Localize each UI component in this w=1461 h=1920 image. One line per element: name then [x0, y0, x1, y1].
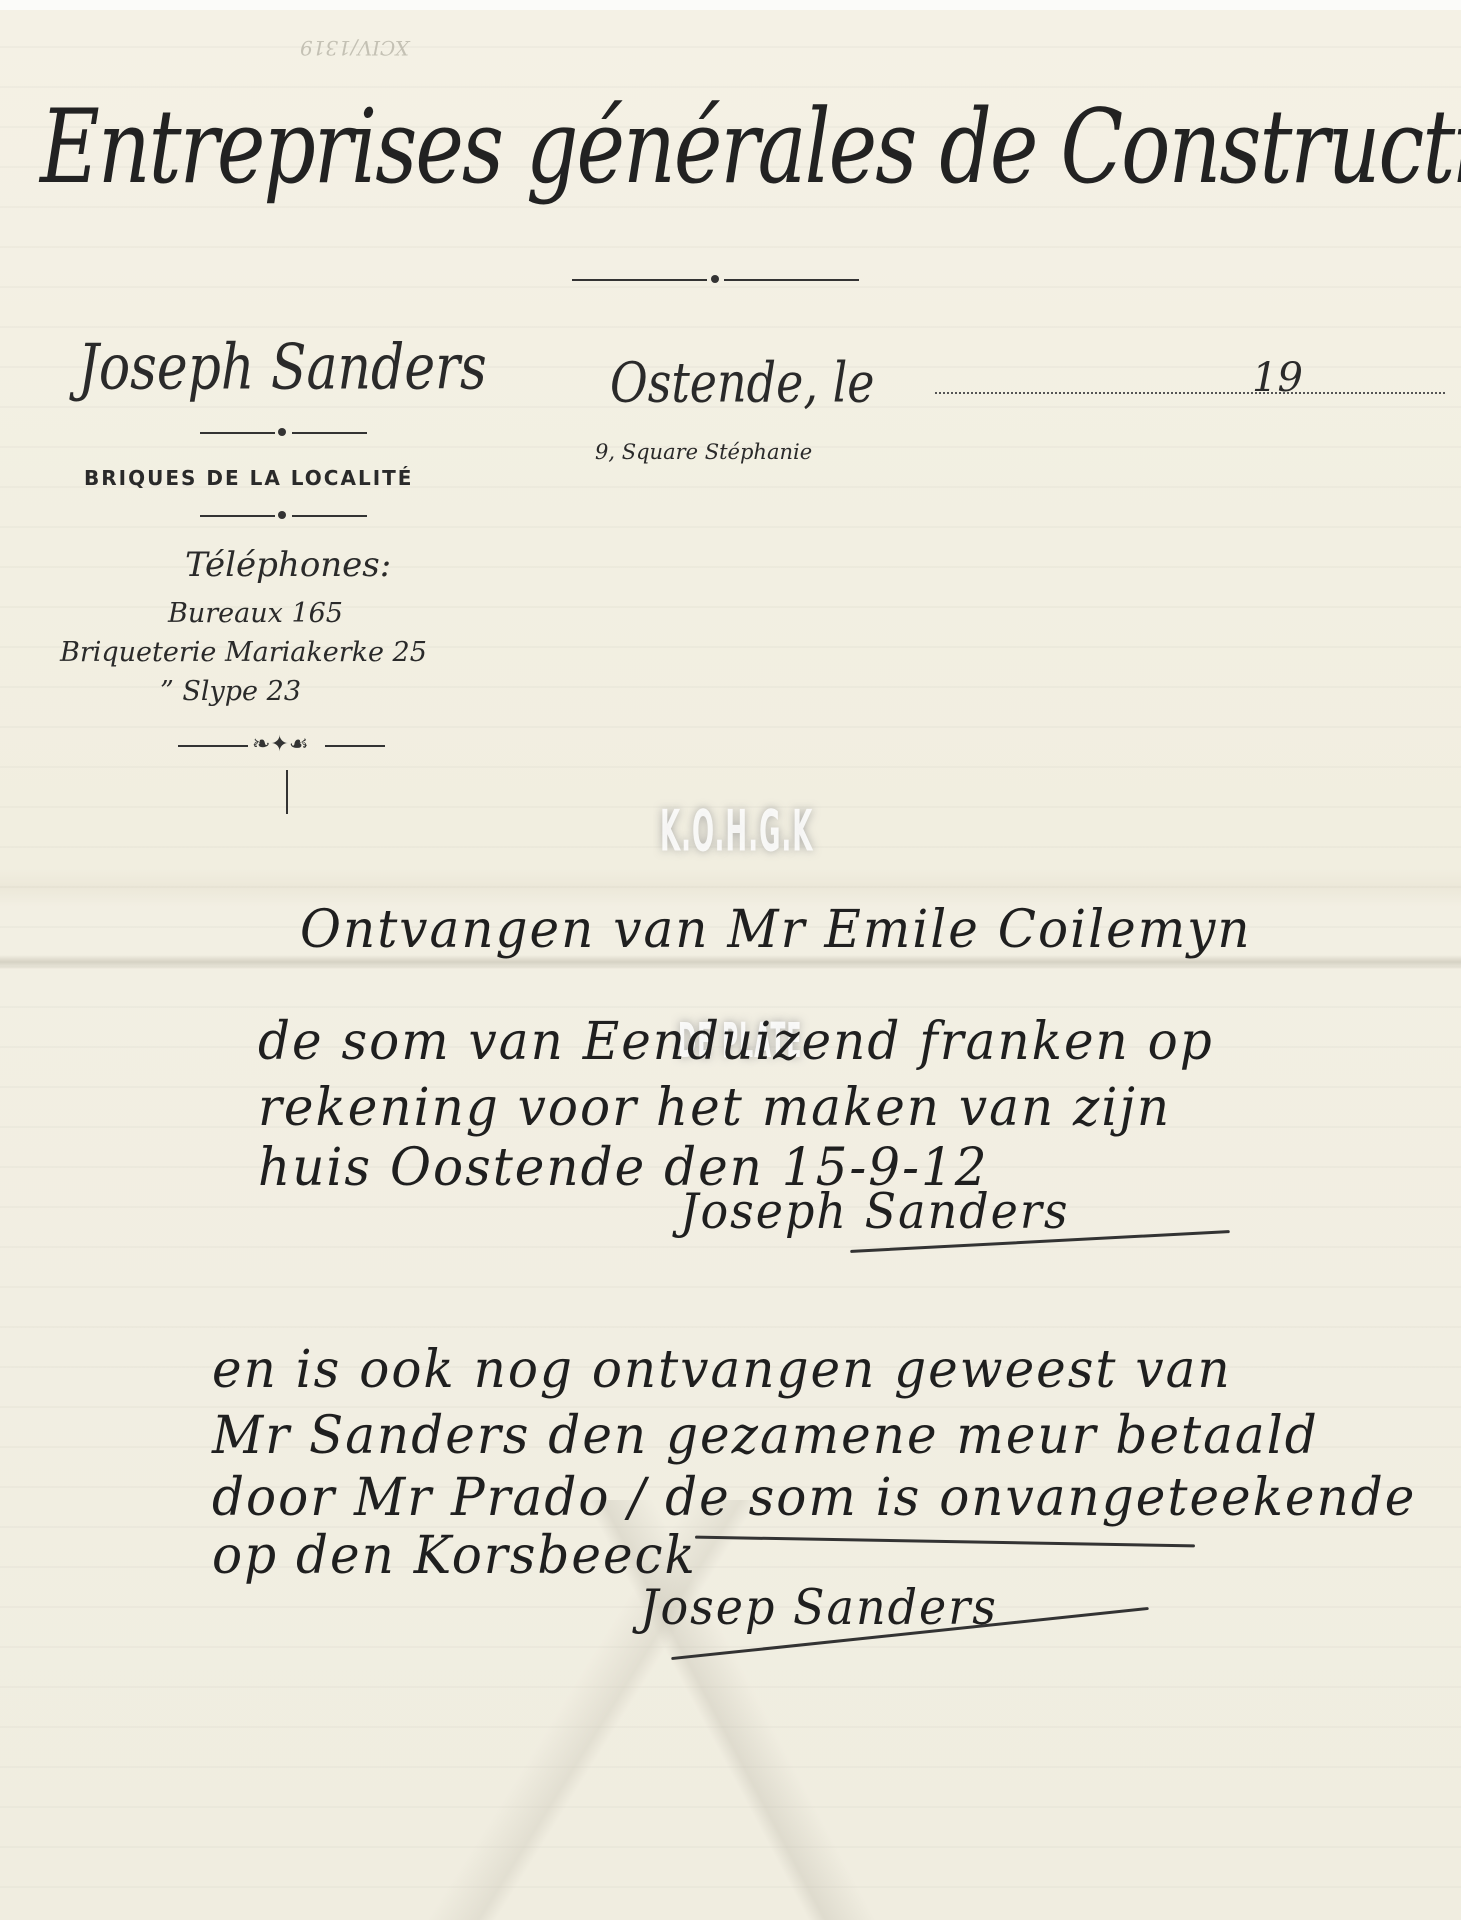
company-title: Entreprises générales de Constructions — [40, 88, 1461, 207]
ornament-dot-icon — [278, 511, 286, 519]
ornament-line-left — [200, 432, 275, 434]
handwritten-line: Mr Sanders den gezamene meur betaald — [212, 1405, 1319, 1466]
handwritten-line: de som van Eenduizend franken op — [258, 1011, 1214, 1072]
tagline: BRIQUES DE LA LOCALITÉ — [84, 466, 413, 490]
signature-2: Josep Sanders — [640, 1579, 998, 1636]
scan-top-edge — [0, 0, 1461, 10]
ornament-line-left — [572, 279, 707, 281]
watermark-koh: K.O.H.G.K — [660, 800, 813, 866]
phone-line-slype: ” Slype 23 — [160, 676, 301, 707]
phone-number: 165 — [291, 598, 343, 629]
handwritten-line: Ontvangen van Mr Emile Coilemyn — [300, 899, 1252, 960]
phone-label: ” Slype — [160, 676, 258, 707]
ornament-line-right — [724, 279, 859, 281]
phone-number: 25 — [393, 637, 427, 668]
ornament-line-left — [200, 515, 275, 517]
owner-name: Joseph Sanders — [78, 332, 487, 404]
handwritten-line: door Mr Prado / de som is onvangeteekend… — [212, 1467, 1416, 1528]
ornament-line-left — [178, 745, 248, 747]
handwritten-line: en is ook nog ontvangen geweest van — [212, 1339, 1232, 1400]
handwritten-line: rekening voor het maken van zijn — [258, 1077, 1171, 1138]
ornament-line-right — [325, 745, 385, 747]
ornament-dot-icon — [711, 275, 719, 283]
year-prefix: 19 — [1252, 355, 1303, 401]
phone-label: Briqueterie Mariakerke — [60, 637, 384, 668]
phone-line-bureaux: Bureaux 165 — [168, 598, 343, 629]
place-date-prefix: Ostende, le — [610, 350, 875, 415]
signature-1: Joseph Sanders — [680, 1183, 1070, 1240]
ornament-line-right — [292, 515, 367, 517]
ornament-stem — [286, 770, 288, 814]
phone-label: Bureaux — [168, 598, 283, 629]
scroll-ornament-icon: ❧✦☙ — [252, 732, 309, 757]
phone-line-mariakerke: Briqueterie Mariakerke 25 — [60, 637, 427, 668]
date-fill-line — [935, 392, 1445, 394]
telephones-heading: Téléphones: — [185, 545, 391, 585]
phone-number: 23 — [267, 676, 301, 707]
ornament-dot-icon — [278, 428, 286, 436]
handwritten-line: op den Korsbeeck — [212, 1525, 697, 1586]
archive-mark: XCIV/1319 — [300, 36, 409, 60]
company-address: 9, Square Stéphanie — [595, 440, 812, 464]
ornament-line-right — [292, 432, 367, 434]
